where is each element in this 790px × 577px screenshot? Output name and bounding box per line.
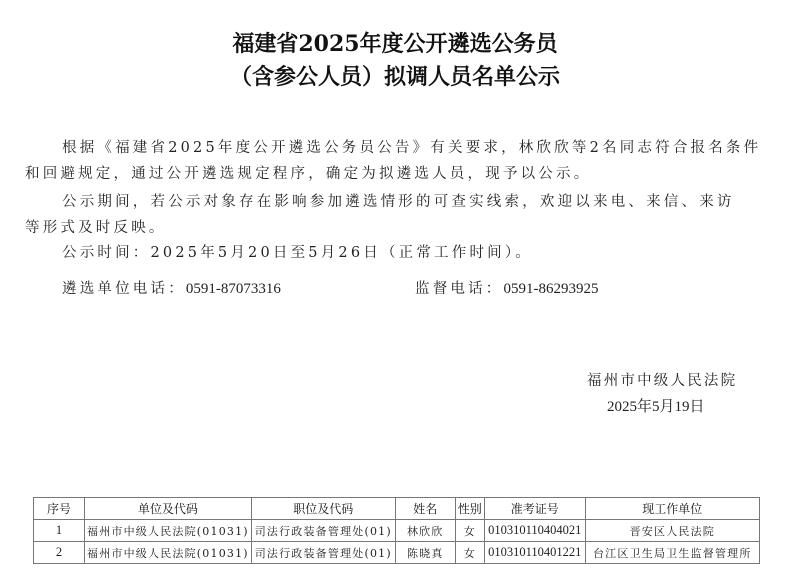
cell-position: 司法行政装备管理处(01)	[251, 520, 395, 542]
table-row: 1 福州市中级人民法院(01031) 司法行政装备管理处(01) 林欣欣 女 0…	[34, 520, 760, 542]
cell-current-employer: 台江区卫生局卫生监督管理所	[585, 542, 759, 564]
header-exam-number: 准考证号	[484, 498, 585, 520]
supervision-phone-label: 监督电话：	[415, 281, 504, 297]
header-seq: 序号	[34, 498, 85, 520]
cell-unit: 福州市中级人民法院(01031)	[85, 520, 252, 542]
cell-name: 林欣欣	[395, 520, 455, 542]
page-title-line-1: 福建省2025年度公开遴选公务员	[0, 27, 790, 58]
table-header-row: 序号 单位及代码 职位及代码 姓名 性别 准考证号 现工作单位	[34, 498, 760, 520]
header-position: 职位及代码	[251, 498, 395, 520]
cell-position: 司法行政装备管理处(01)	[251, 542, 395, 564]
supervision-phone-number: 0591-86293925	[504, 281, 599, 297]
header-gender: 性别	[455, 498, 484, 520]
unit-phone: 遴选单位电话：0591-87073316	[62, 277, 281, 298]
body-paragraph-1-line-2: 和回避规定，通过公开遴选规定程序，确定为拟遴选人员，现予以公示。	[25, 162, 591, 183]
cell-current-employer: 晋安区人民法院	[585, 520, 759, 542]
cell-name: 陈晓真	[395, 542, 455, 564]
header-name: 姓名	[395, 498, 455, 520]
signature-organization: 福州市中级人民法院	[587, 369, 737, 390]
supervision-phone: 监督电话：0591-86293925	[415, 277, 599, 298]
signature-date: 2025年5月19日	[607, 395, 705, 416]
header-current-employer: 现工作单位	[585, 498, 759, 520]
cell-exam-number: 010310110404021	[484, 520, 585, 542]
body-paragraph-2-line-1: 公示期间，若公示对象存在影响参加遴选情形的可查实线索，欢迎以来电、来信、来访	[62, 190, 735, 211]
cell-seq: 1	[34, 520, 85, 542]
unit-phone-label: 遴选单位电话：	[62, 281, 186, 297]
page-title-line-2: （含参公人员）拟调人员名单公示	[0, 60, 790, 91]
table-row: 2 福州市中级人民法院(01031) 司法行政装备管理处(01) 陈晓真 女 0…	[34, 542, 760, 564]
publicity-period: 公示时间：2025年5月20日至5月26日（正常工作时间）。	[62, 241, 533, 262]
cell-exam-number: 010310110401221	[484, 542, 585, 564]
candidate-table: 序号 单位及代码 职位及代码 姓名 性别 准考证号 现工作单位 1 福州市中级人…	[33, 497, 760, 564]
header-unit: 单位及代码	[85, 498, 252, 520]
cell-gender: 女	[455, 542, 484, 564]
cell-unit: 福州市中级人民法院(01031)	[85, 542, 252, 564]
body-paragraph-1-line-1: 根据《福建省2025年度公开遴选公务员公告》有关要求，林欣欣等2名同志符合报名条…	[62, 136, 761, 157]
body-paragraph-2-line-2: 等形式及时反映。	[25, 216, 167, 237]
unit-phone-number: 0591-87073316	[186, 281, 281, 297]
cell-gender: 女	[455, 520, 484, 542]
cell-seq: 2	[34, 542, 85, 564]
